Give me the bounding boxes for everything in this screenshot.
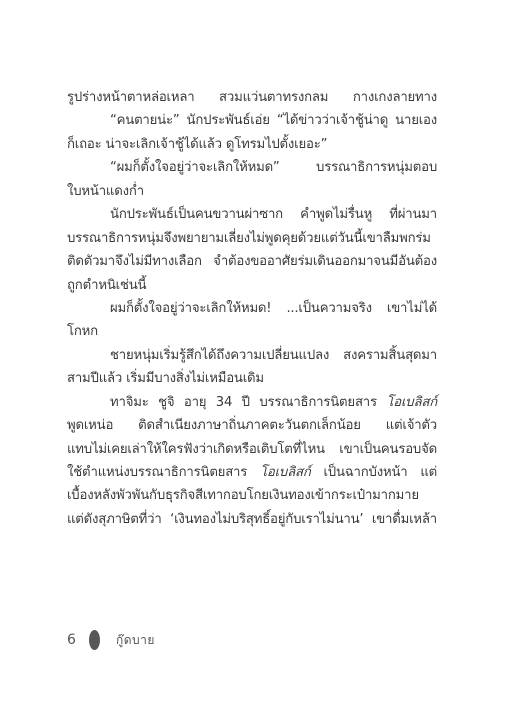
text-line: แต่ดังสุภาษิตที่ว่า ‘เงินทองไม่บริสุทธิ์…: [67, 508, 437, 531]
text-line: ทาจิมะ ชูจิ อายุ 34 ปี บรรณาธิการนิตยสาร…: [67, 391, 437, 414]
page-footer: 6 กู๊ดบาย: [67, 628, 155, 652]
text-line: ชายหนุ่มเริ่มรู้สึกได้ถึงความเปลี่ยนแปลง…: [67, 344, 437, 367]
book-page: รูปร่างหน้าตาหล่อเหลา สวมแว่นตาทรงกลม กา…: [0, 0, 522, 702]
text-line: “ผมก็ตั้งใจอยู่ว่าจะเลิกให้หมด” บรรณาธิก…: [67, 156, 437, 179]
text-line: ผมก็ตั้งใจอยู่ว่าจะเลิกให้หมด! ...เป็นคว…: [67, 297, 437, 320]
text-line: “คนตายน่ะ” นักประพันธ์เอ่ย “ได้ข่าวว่าเจ…: [67, 109, 437, 132]
text-line: ใบหน้าแดงก่ำ: [67, 180, 437, 203]
text-line: นักประพันธ์เป็นคนขวานผ่าซาก คำพูดไม่รื่น…: [67, 203, 437, 226]
text-line: โกหก: [67, 320, 437, 343]
text-line: ก็เถอะ น่าจะเลิกเจ้าชู้ได้แล้ว ดูโทรมไปต…: [67, 133, 437, 156]
text-line: รูปร่างหน้าตาหล่อเหลา สวมแว่นตาทรงกลม กา…: [67, 86, 437, 109]
line-text: เป็นฉากบังหน้า แต่: [323, 465, 437, 480]
line-text: ใช้ตำแหน่งบรรณาธิการนิตยสาร: [67, 465, 247, 480]
text-line: เบื้องหลังพัวพันกับธุรกิจสีเทากอบโกยเงิน…: [67, 484, 437, 507]
magazine-title-italic: โอเบลิสก์: [260, 465, 311, 480]
body-text: รูปร่างหน้าตาหล่อเหลา สวมแว่นตาทรงกลม กา…: [67, 86, 437, 531]
text-line: บรรณาธิการหนุ่มจึงพยายามเลี่ยงไม่พูดคุยด…: [67, 227, 437, 250]
running-title: กู๊ดบาย: [116, 631, 155, 650]
text-line: ติดตัวมาจึงไม่มีทางเลือก จำต้องขออาศัยร่…: [67, 250, 437, 273]
text-line: ใช้ตำแหน่งบรรณาธิการนิตยสาร โอเบลิสก์ เป…: [67, 461, 437, 484]
text-line: แทบไม่เคยเล่าให้ใครฟังว่าเกิดหรือเติบโตท…: [67, 438, 437, 461]
oval-marker-icon: [89, 630, 100, 650]
text-line: พูดเหน่อ ติดสำเนียงภาษาถิ่นภาคตะวันตกเล็…: [67, 414, 437, 437]
text-line: ถูกตำหนิเช่นนี้: [67, 274, 437, 297]
page-number: 6: [67, 632, 89, 648]
line-text: ทาจิมะ ชูจิ อายุ 34 ปี บรรณาธิการนิตยสาร: [110, 395, 377, 410]
magazine-title-italic: โอเบลิสก์: [386, 395, 437, 410]
text-line: สามปีแล้ว เริ่มมีบางสิ่งไม่เหมือนเดิม: [67, 367, 437, 390]
